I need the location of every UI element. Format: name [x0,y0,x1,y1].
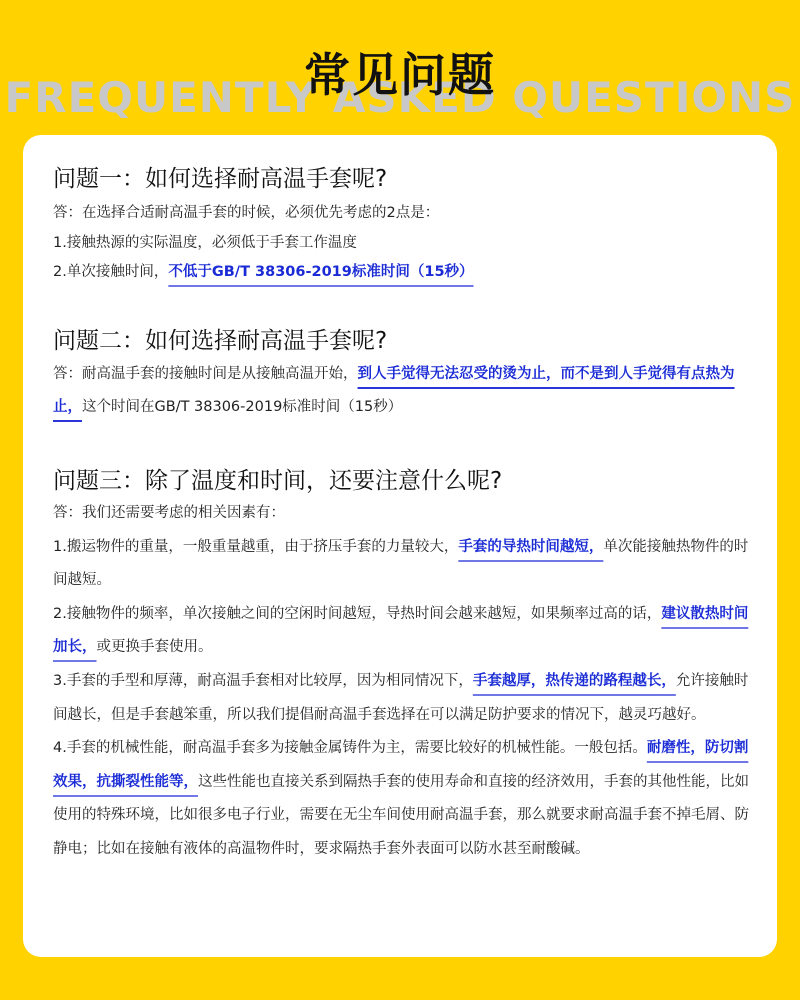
answer-text: 答：我们还需要考虑的相关因素有： [53,505,285,521]
page-header: FREQUENTLY ASKED QUESTIONS 常见问题 [0,0,800,135]
answer-text: 1.搬运物件的重量，一般重量越重，由于挤压手套的力量较大， [53,539,458,555]
answer-3-point-1: 1.搬运物件的重量，一般重量越重，由于挤压手套的力量较大，手套的导热时间越短，单… [53,531,753,598]
answer-1-paragraph-3: 2.单次接触时间，不低于GB/T 38306-2019标准时间（15秒） [53,258,753,288]
question-3: 问题三：除了温度和时间，还要注意什么呢? [53,465,753,497]
faq-item-1: 问题一：如何选择耐高温手套呢? 答：在选择合适耐高温手套的时候，必须优先考虑的2… [53,163,753,288]
answer-3-point-2: 2.接触物件的频率，单次接触之间的空闲时间越短，导热时间会越来越短，如果频率过高… [53,598,753,665]
answer-2: 答：耐高温手套的接触时间是从接触高温开始，到人手觉得无法忍受的烫为止，而不是到人… [53,358,753,424]
highlight-text: 手套越厚，热传递的路程越长， [473,673,676,689]
answer-text: 2.接触物件的频率，单次接触之间的空闲时间越短，导热时间会越来越短，如果频率过高… [53,606,661,622]
highlight-text: 手套的导热时间越短， [458,539,603,555]
answer-1-paragraph-1: 答：在选择合适耐高温手套的时候，必须优先考虑的2点是： [53,199,753,229]
answer-text: 2.单次接触时间， [53,264,168,280]
answer-3-point-3: 3.手套的手型和厚薄，耐高温手套相对比较厚，因为相同情况下，手套越厚，热传递的路… [53,665,753,732]
answer-text: 或更换手套使用。 [97,639,213,655]
faq-card: 问题一：如何选择耐高温手套呢? 答：在选择合适耐高温手套的时候，必须优先考虑的2… [23,135,777,957]
answer-3-intro: 答：我们还需要考虑的相关因素有： [53,497,753,531]
answer-1-paragraph-2: 1.接触热源的实际温度，必须低于手套工作温度 [53,229,753,259]
question-2: 问题二：如何选择耐高温手套呢? [53,325,753,357]
answer-text: 1.接触热源的实际温度，必须低于手套工作温度 [53,235,357,251]
answer-1: 答：在选择合适耐高温手套的时候，必须优先考虑的2点是： 1.接触热源的实际温度，… [53,199,753,288]
answer-text: 4.手套的机械性能，耐高温手套多为接触金属铸件为主，需要比较好的机械性能。一般包… [53,740,647,756]
answer-3-point-4: 4.手套的机械性能，耐高温手套多为接触金属铸件为主，需要比较好的机械性能。一般包… [53,732,753,866]
page-title: 常见问题 [0,46,800,104]
answer-2-paragraph-1: 答：耐高温手套的接触时间是从接触高温开始，到人手觉得无法忍受的烫为止，而不是到人… [53,358,753,424]
answer-3: 答：我们还需要考虑的相关因素有： 1.搬运物件的重量，一般重量越重，由于挤压手套… [53,497,753,867]
answer-text: 答：耐高温手套的接触时间是从接触高温开始， [53,366,358,382]
faq-item-2: 问题二：如何选择耐高温手套呢? 答：耐高温手套的接触时间是从接触高温开始，到人手… [53,325,753,424]
highlight-text: 不低于GB/T 38306-2019标准时间（15秒） [168,264,473,280]
answer-text: 答：在选择合适耐高温手套的时候，必须优先考虑的2点是： [53,205,439,221]
faq-item-3: 问题三：除了温度和时间，还要注意什么呢? 答：我们还需要考虑的相关因素有： 1.… [53,465,753,867]
answer-text: 3.手套的手型和厚薄，耐高温手套相对比较厚，因为相同情况下， [53,673,473,689]
question-1: 问题一：如何选择耐高温手套呢? [53,163,753,195]
answer-text: 这个时间在GB/T 38306-2019标准时间（15秒） [82,399,402,415]
